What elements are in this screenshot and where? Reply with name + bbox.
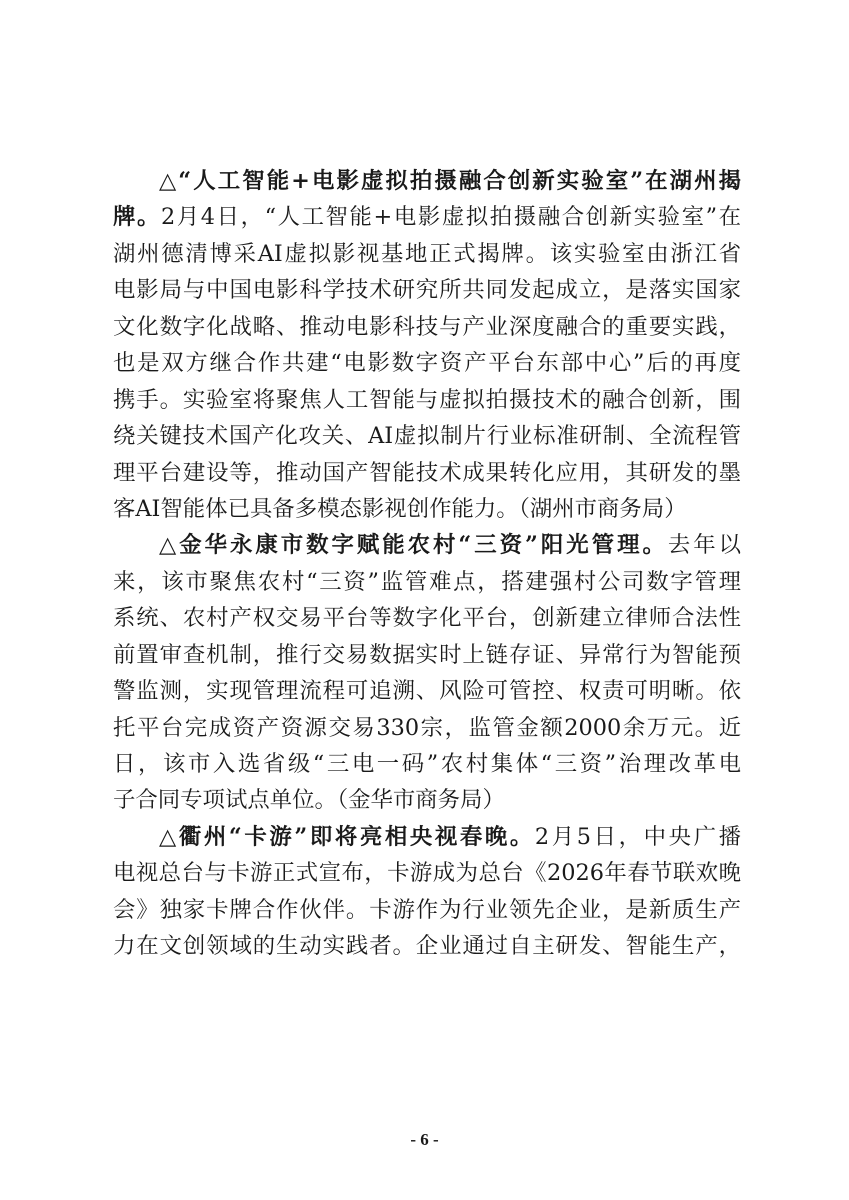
- text-line: △金华永康市数字赋能农村“三资”阳光管理。去年以: [113, 527, 741, 563]
- item-heading: △“人工智能+电影虚拟拍摄融合创新实验室”在湖州揭: [159, 168, 741, 194]
- item-heading-continued: 牌。: [113, 204, 161, 230]
- item-heading: △金华永康市数字赋能农村“三资”阳光管理。: [159, 532, 668, 558]
- page-number: - 6 -: [0, 1130, 849, 1150]
- text-line: △“人工智能+电影虚拟拍摄融合创新实验室”在湖州揭: [113, 163, 741, 199]
- text-line: 理平台建设等，推动国产智能技术成果转化应用，其研发的墨: [113, 455, 741, 491]
- text-line: 力在文创领域的生动实践者。企业通过自主研发、智能生产，: [113, 928, 741, 964]
- text-line: 警监测，实现管理流程可追溯、风险可管控、权责可明晰。依: [113, 673, 741, 709]
- news-item-huzhou-lab: △“人工智能+电影虚拟拍摄融合创新实验室”在湖州揭 牌。2月4日，“人工智能+电…: [113, 163, 741, 527]
- text-line: 电影局与中国电影科学技术研究所共同发起成立，是落实国家: [113, 272, 741, 308]
- news-item-jinhua-yongkang: △金华永康市数字赋能农村“三资”阳光管理。去年以 来，该市聚焦农村“三资”监管难…: [113, 527, 741, 819]
- document-page: △“人工智能+电影虚拟拍摄融合创新实验室”在湖州揭 牌。2月4日，“人工智能+电…: [0, 0, 849, 1200]
- text-line: 文化数字化战略、推动电影科技与产业深度融合的重要实践，: [113, 309, 741, 345]
- text-line: 携手。实验室将聚焦人工智能与虚拟拍摄技术的融合创新，围: [113, 382, 741, 418]
- news-item-quzhou-kayou: △衢州“卡游”即将亮相央视春晚。2月5日，中央广播 电视总台与卡游正式宣布，卡游…: [113, 819, 741, 965]
- text-line: 前置审查机制，推行交易数据实时上链存证、异常行为智能预: [113, 637, 741, 673]
- text-line: 日，该市入选省级“三电一码”农村集体“三资”治理改革电: [113, 746, 741, 782]
- text-line: 子合同专项试点单位。（金华市商务局）: [113, 782, 741, 818]
- text-line: 系统、农村产权交易平台等数字化平台，创新建立律师合法性: [113, 600, 741, 636]
- text-line: 电视总台与卡游正式宣布，卡游成为总台《2026年春节联欢晚: [113, 855, 741, 891]
- text-line: 会》独家卡牌合作伙伴。卡游作为行业领先企业，是新质生产: [113, 892, 741, 928]
- text-line: 客AI智能体已具备多模态影视创作能力。（湖州市商务局）: [113, 491, 741, 527]
- text-line: 绕关键技术国产化攻关、AI虚拟制片行业标准研制、全流程管: [113, 418, 741, 454]
- text-line: △衢州“卡游”即将亮相央视春晚。2月5日，中央广播: [113, 819, 741, 855]
- document-body: △“人工智能+电影虚拟拍摄融合创新实验室”在湖州揭 牌。2月4日，“人工智能+电…: [113, 163, 741, 965]
- text-line: 来，该市聚焦农村“三资”监管难点，搭建强村公司数字管理: [113, 564, 741, 600]
- text-line: 牌。2月4日，“人工智能+电影虚拟拍摄融合创新实验室”在: [113, 199, 741, 235]
- text-line: 也是双方继合作共建“电影数字资产平台东部中心”后的再度: [113, 345, 741, 381]
- item-heading: △衢州“卡游”即将亮相央视春晚。: [159, 824, 535, 850]
- text-line: 湖州德清博采AI虚拟影视基地正式揭牌。该实验室由浙江省: [113, 236, 741, 272]
- text-line: 托平台完成资产资源交易330宗，监管金额2000余万元。近: [113, 710, 741, 746]
